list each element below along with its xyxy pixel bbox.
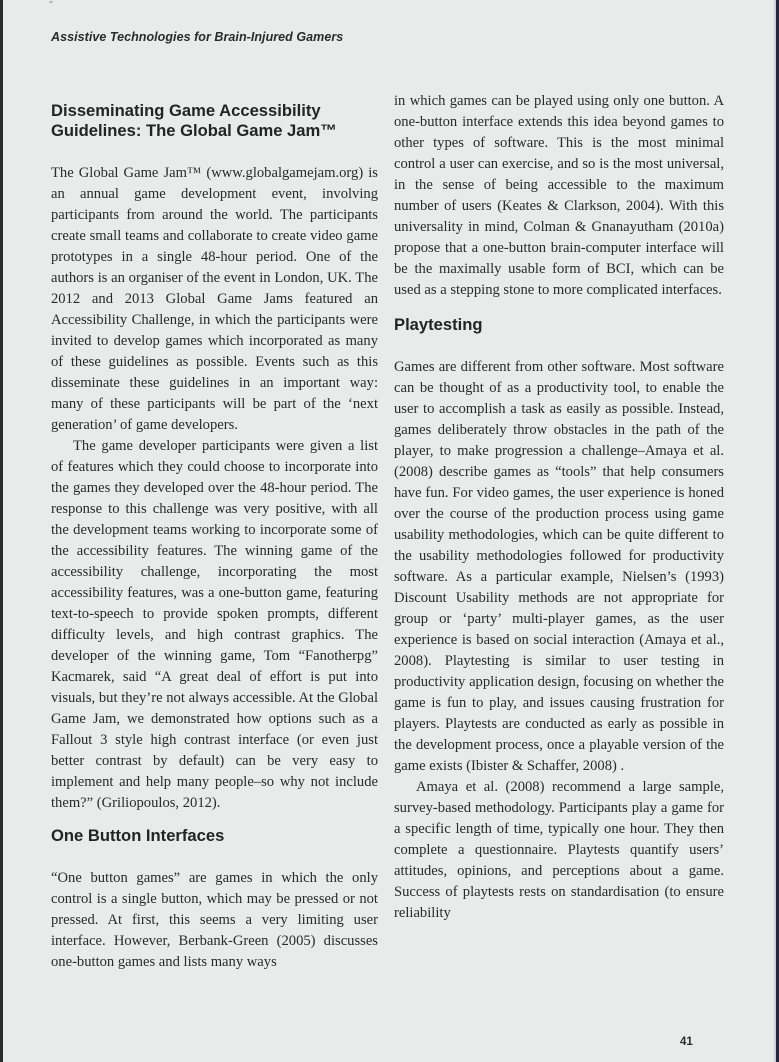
left-column: Disseminating Game Accessibility Guideli… xyxy=(51,101,378,973)
paper-speck xyxy=(49,0,53,3)
heading-line-1: Disseminating Game Accessibility xyxy=(51,101,321,120)
right-column: in which games can be played using only … xyxy=(394,91,724,924)
heading-line-2: Guidelines: The Global Game Jam™ xyxy=(51,121,337,140)
paragraph: “One button games” are games in which th… xyxy=(51,868,378,973)
paragraph: Amaya et al. (2008) recommend a large sa… xyxy=(394,777,724,924)
running-head: Assistive Technologies for Brain-Injured… xyxy=(51,30,343,44)
section-heading-playtesting: Playtesting xyxy=(394,315,724,335)
book-page: Assistive Technologies for Brain-Injured… xyxy=(3,0,776,1062)
section-heading-global-game-jam: Disseminating Game Accessibility Guideli… xyxy=(51,101,378,141)
paragraph: Games are different from other software.… xyxy=(394,357,724,777)
paragraph: The Global Game Jam™ (www.globalgamejam.… xyxy=(51,163,378,436)
page-number: 41 xyxy=(680,1036,693,1048)
section-heading-one-button-interfaces: One Button Interfaces xyxy=(51,826,378,846)
paragraph-continuation: in which games can be played using only … xyxy=(394,91,724,301)
paragraph: The game developer participants were giv… xyxy=(51,436,378,814)
